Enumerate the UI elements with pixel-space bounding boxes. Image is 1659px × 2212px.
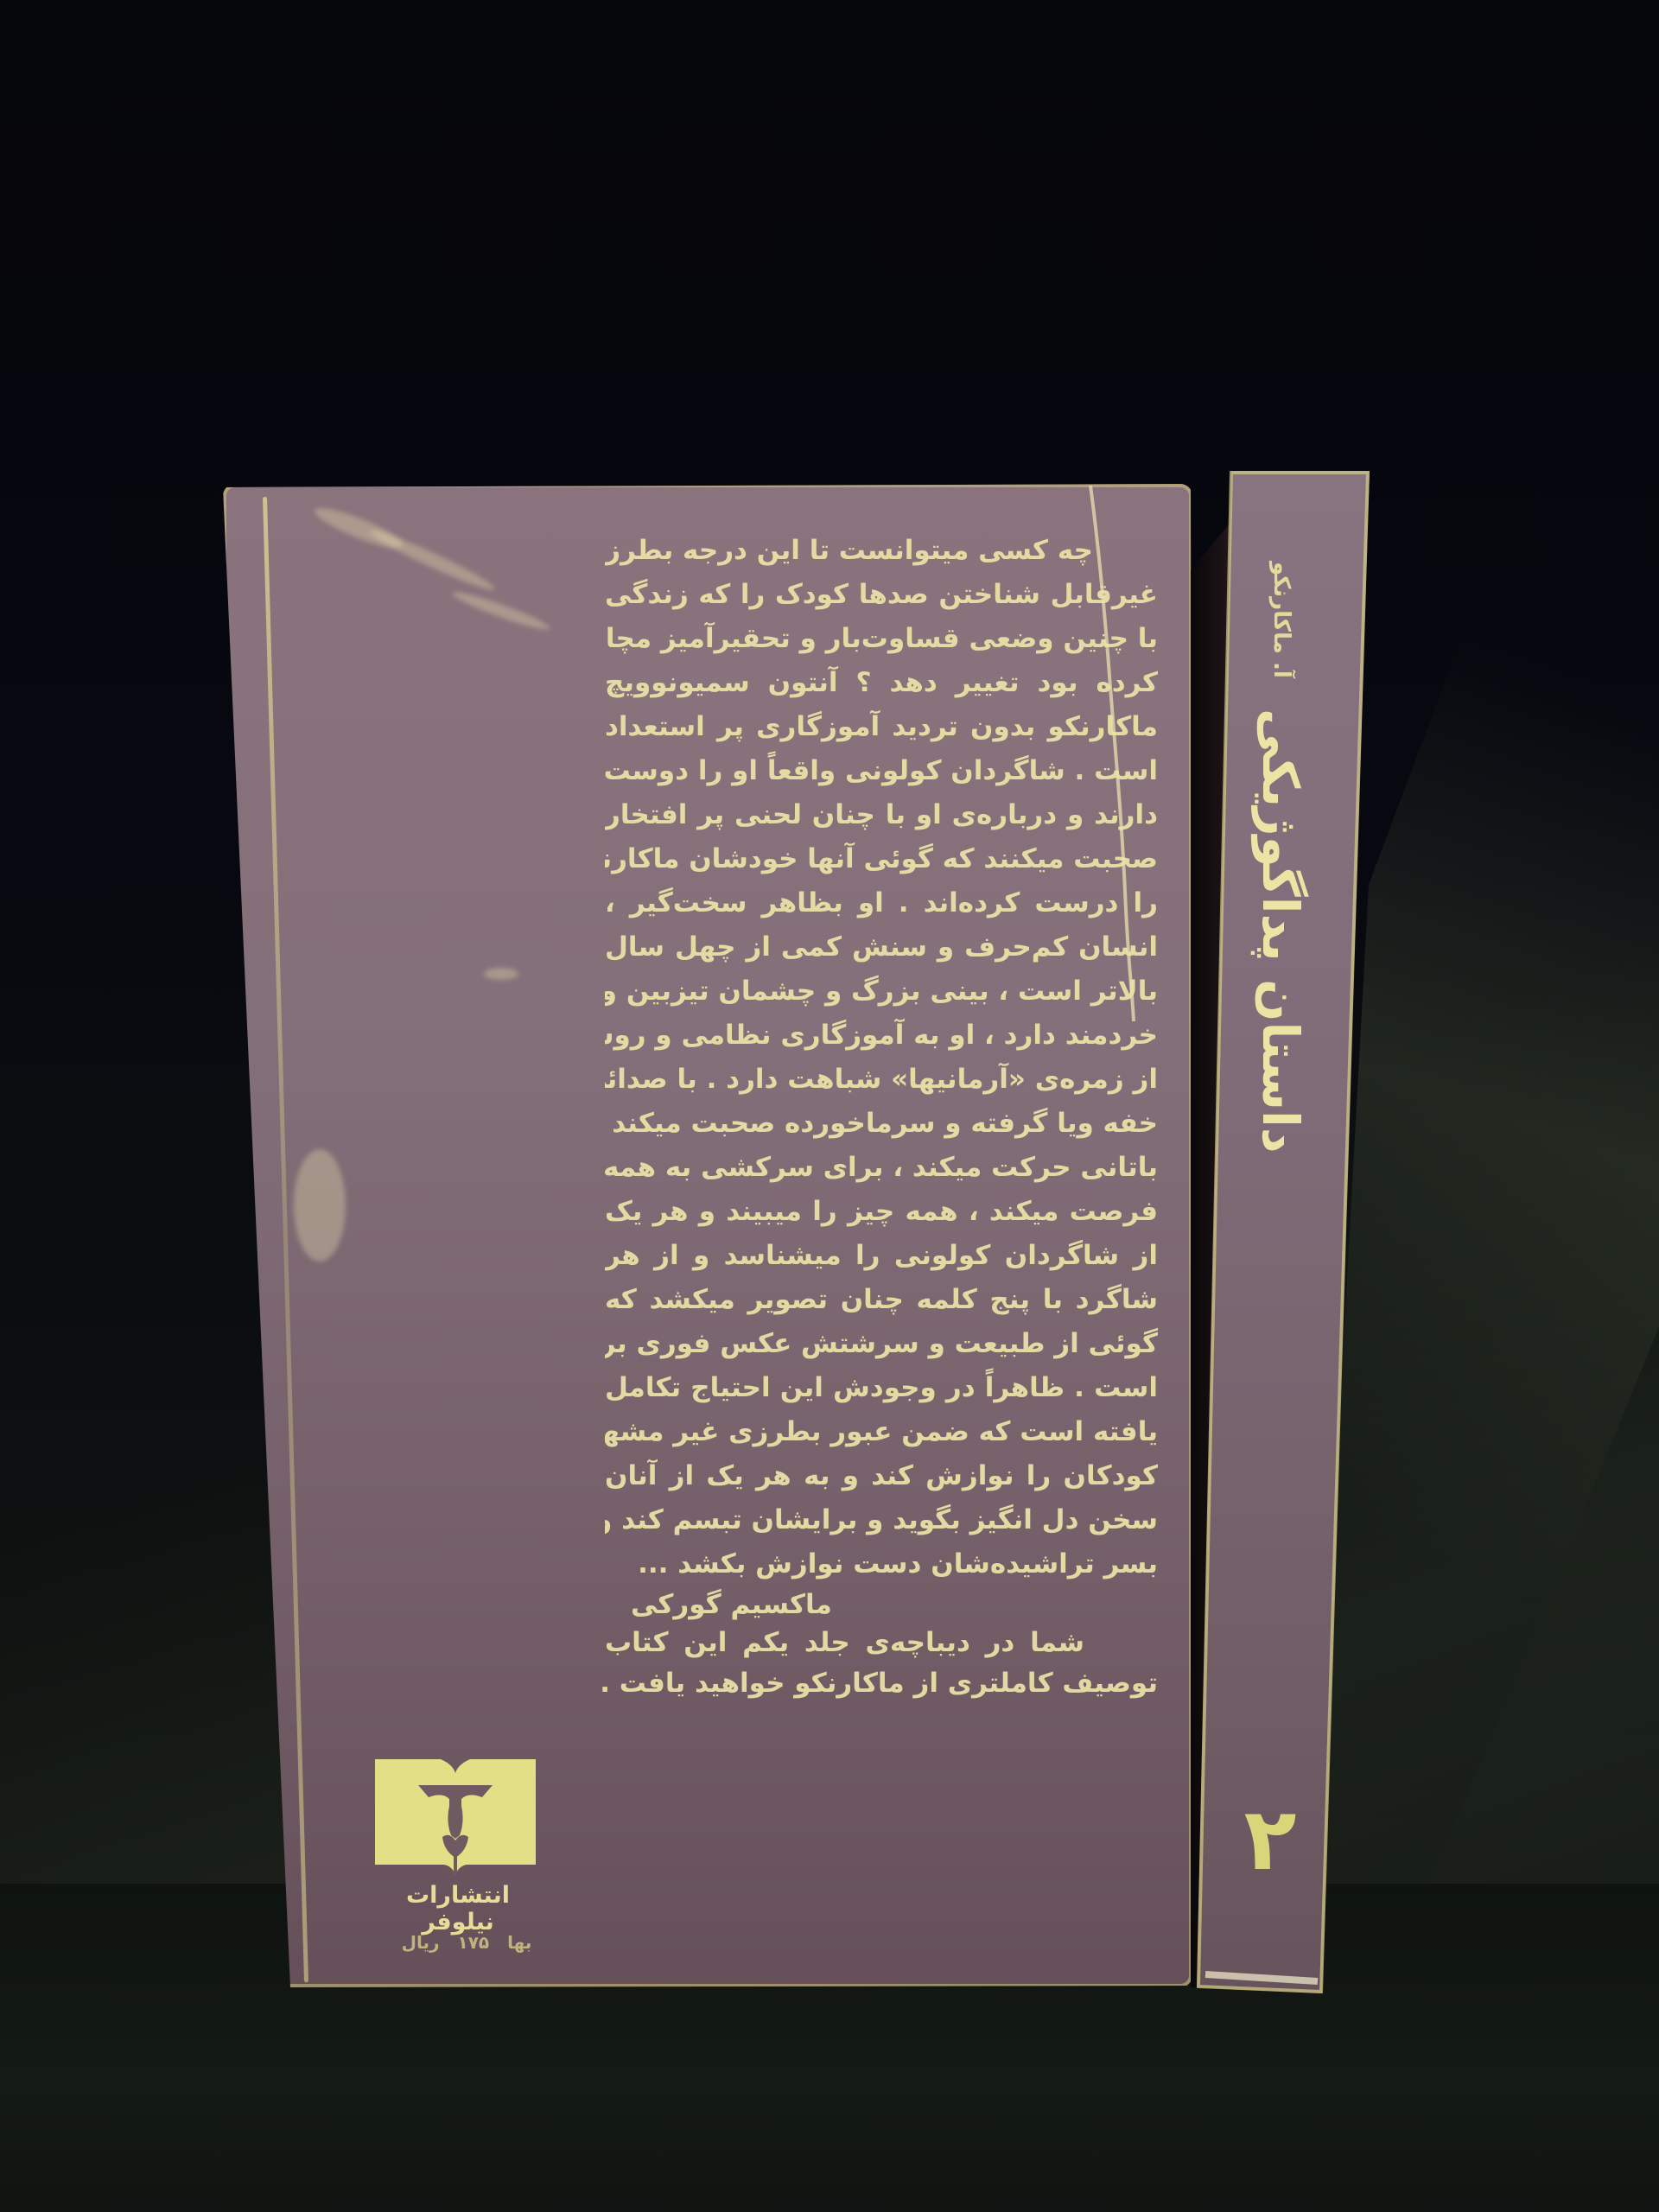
blurb-line: خردمند دارد ، او به آموزگاری نظامی و روس… xyxy=(605,1014,1158,1058)
blurb-line: کودکان را نوازش کند و به هر یک از آنان xyxy=(605,1454,1158,1498)
blurb-line: یافته است که ضمن عبور بطرزی غیر مشهود xyxy=(605,1410,1158,1454)
back-cover-blurb: چه کسی میتوانست تا این درجه بطرزی غیرقاب… xyxy=(605,529,1158,1702)
blurb-line: گوئی از طبیعت و سرشتش عکس فوری برداشته xyxy=(605,1322,1158,1366)
blurb-line: است . شاگردان کولونی واقعاً او را دوست xyxy=(605,749,1158,793)
blurb-line: بسر تراشیده‌شان دست نوازش بکشد ... xyxy=(605,1542,1158,1586)
blurb-line: بالاتر است ، بینی بزرگ و چشمان تیزبین و xyxy=(605,969,1158,1014)
blurb-line: صحبت میکنند که گوئی آنها خودشان ماکارنکو xyxy=(605,837,1158,881)
blurb-line: دارند و درباره‌ی او با چنان لحنی پر افتخ… xyxy=(605,793,1158,837)
spine-author: آ. ماکارنکو xyxy=(1268,562,1294,678)
blurb-line: با چنین وضعی قساوت‌بار و تحقیرآمیز مچاله… xyxy=(605,617,1158,661)
blurb-line: فرصت میکند ، همه چیز را میبیند و هر یک xyxy=(605,1190,1158,1234)
blurb-line: از شاگردان کولونی را میشناسد و از هر xyxy=(605,1234,1158,1278)
blurb-line: کرده بود تغییر دهد ؟ آنتون سمیونوویچ xyxy=(605,661,1158,705)
price-label: بها ۱۷۵ ریال xyxy=(397,1932,536,1953)
spine-title: داستان پداگوژیکی xyxy=(1251,709,1310,1154)
blurb-line: غیرقابل شناختن صدها کودک را که زندگی xyxy=(605,573,1158,617)
background-light xyxy=(1296,0,1659,2212)
blurb-line: است . ظاهراً در وجودش این احتیاج تکامل xyxy=(605,1366,1158,1410)
volume-note-line: شما در دیباچه‌ی جلد یکم این کتاب xyxy=(605,1621,1158,1662)
blurb-line: باتانی حرکت میکند ، برای سرکشی به همه‌جا xyxy=(605,1146,1158,1190)
blurb-line: از زمره‌ی «آرمانیها» شباهت دارد . با صدا… xyxy=(605,1058,1158,1102)
wear-mark xyxy=(294,1149,346,1262)
publisher-logo-icon xyxy=(373,1754,537,1875)
volume-note-line: توصیف کاملتری از ماکارنکو خواهید یافت . xyxy=(605,1662,1158,1702)
blurb-signature: ماکسیم گورکی xyxy=(605,1583,1158,1621)
blurb-line: شاگرد با پنج کلمه چنان تصویر میکشد که xyxy=(605,1278,1158,1322)
wear-mark xyxy=(484,968,518,980)
blurb-line: خفه ویا گرفته و سرماخورده صحبت میکند ، xyxy=(605,1102,1158,1146)
blurb-line: ماکارنکو بدون تردید آموزگاری پر استعداد xyxy=(605,705,1158,749)
blurb-line: چه کسی میتوانست تا این درجه بطرزی xyxy=(605,529,1158,573)
photo-scene: چه کسی میتوانست تا این درجه بطرزی غیرقاب… xyxy=(0,0,1659,2212)
blurb-line: را درست کرده‌اند . او بظاهر سخت‌گیر ، xyxy=(605,881,1158,925)
blurb-line: سخن دل انگیز بگوید و برایشان تبسم کند و xyxy=(605,1498,1158,1542)
publisher-name: انتشارات نیلوفر xyxy=(372,1882,544,1935)
blurb-line: انسان کم‌حرف و سنش کمی از چهل سال xyxy=(605,925,1158,969)
spine-volume-number: ۲ xyxy=(1236,1789,1305,1890)
